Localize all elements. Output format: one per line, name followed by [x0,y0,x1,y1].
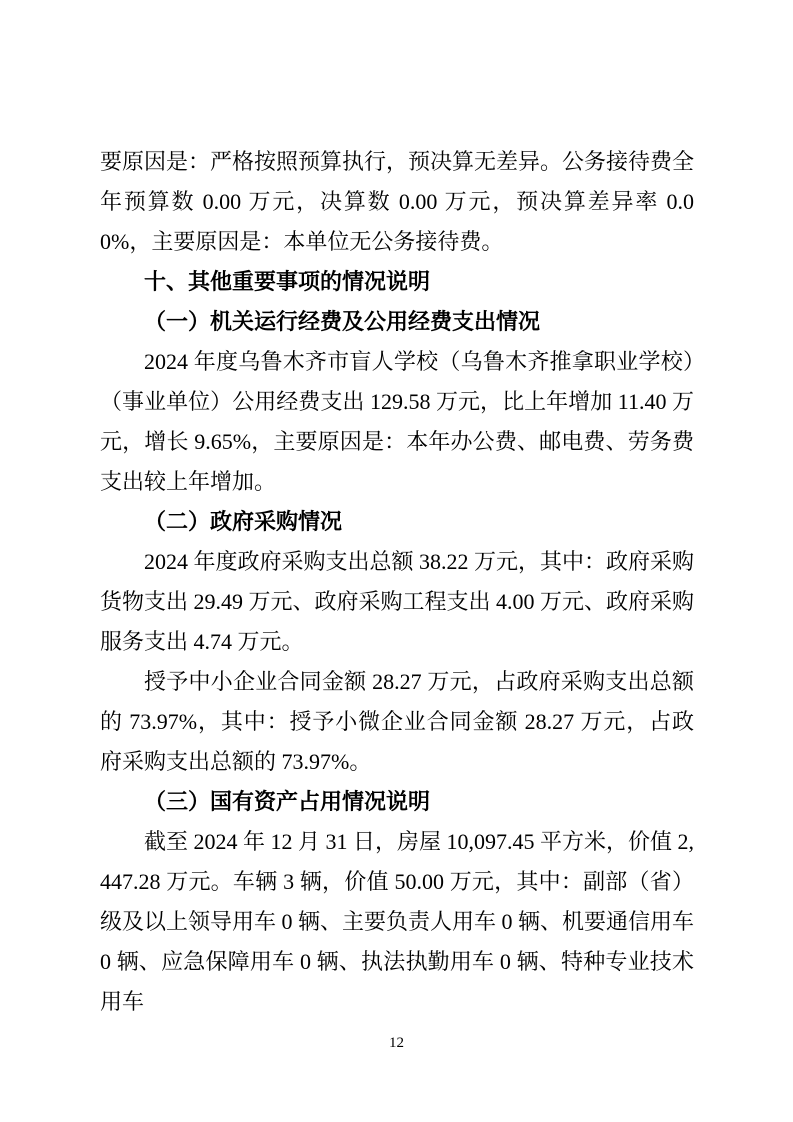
heading-subsection-two-procurement: （二）政府采购情况 [100,502,694,542]
paragraph-state-assets: 截至 2024 年 12 月 31 日，房屋 10,097.45 平方米，价值 … [100,822,694,1022]
paragraph-reception-fee-carryover: 要原因是：严格按照预算执行，预决算无差异。公务接待费全年预算数 0.00 万元，… [100,142,694,262]
paragraph-procurement-total: 2024 年度政府采购支出总额 38.22 万元，其中：政府采购货物支出 29.… [100,542,694,662]
document-content: 要原因是：严格按照预算执行，预决算无差异。公务接待费全年预算数 0.00 万元，… [100,142,694,1022]
heading-subsection-one-operating-expense: （一）机关运行经费及公用经费支出情况 [100,302,694,342]
page-number: 12 [0,1035,793,1052]
paragraph-procurement-sme: 授予中小企业合同金额 28.27 万元，占政府采购支出总额的 73.97%，其中… [100,662,694,782]
heading-subsection-three-state-assets: （三）国有资产占用情况说明 [100,782,694,822]
heading-section-ten: 十、其他重要事项的情况说明 [100,262,694,302]
paragraph-operating-expense: 2024 年度乌鲁木齐市盲人学校（乌鲁木齐推拿职业学校）（事业单位）公用经费支出… [100,342,694,502]
document-page: 要原因是：严格按照预算执行，预决算无差异。公务接待费全年预算数 0.00 万元，… [0,0,793,1122]
